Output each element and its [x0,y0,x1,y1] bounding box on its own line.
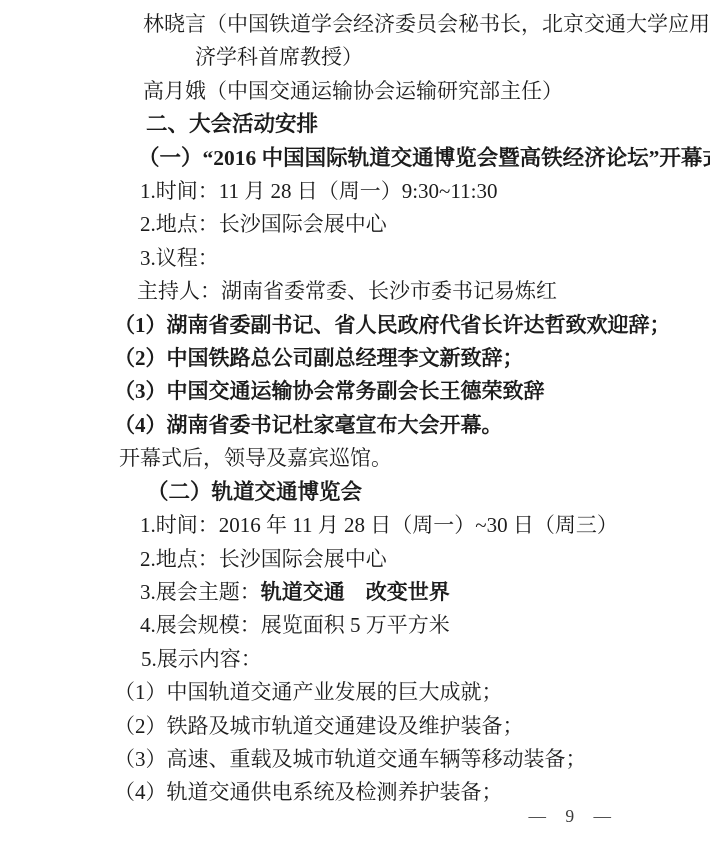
paragraph: （1）中国轨道交通产业发展的巨大成就； [114,676,710,709]
text-run: 5.展示内容： [141,647,262,671]
text-run: （3）中国交通运输协会常务副会长王德荣致辞 [114,379,545,403]
paragraph: （2）铁路及城市轨道交通建设及维护装备； [114,710,710,743]
paragraph: 济学科首席教授） [195,41,710,74]
text-run: （一）“2016 中国国际轨道交通博览会暨高铁经济论坛”开幕式 [138,146,710,170]
page-number: — 9 — [529,806,613,827]
text-run: （3）高速、重载及城市轨道交通车辆等移动装备； [114,747,587,771]
text-run: （2）铁路及城市轨道交通建设及维护装备； [114,714,524,738]
text-run: （2）中国铁路总公司副总经理李文新致辞； [114,346,524,370]
text-run: 主持人：湖南省委常委、长沙市委书记易炼红 [137,279,557,303]
text-run: 开幕式后，领导及嘉宾巡馆。 [119,446,392,470]
subsection-heading: （二）轨道交通博览会 [147,476,710,509]
paragraph: 开幕式后，领导及嘉宾巡馆。 [119,442,710,475]
paragraph: 1.时间：11 月 28 日（周一）9:30~11:30 [140,175,710,208]
text-run: 2.地点：长沙国际会展中心 [140,547,387,571]
paragraph: （3）中国交通运输协会常务副会长王德荣致辞 [114,375,710,408]
text-run: （4）湖南省委书记杜家毫宣布大会开幕。 [114,413,503,437]
paragraph: 3.议程： [140,242,710,275]
paragraph: （4）湖南省委书记杜家毫宣布大会开幕。 [114,409,710,442]
paragraph: 2.地点：长沙国际会展中心 [140,543,710,576]
document-body: 林晓言（中国铁道学会经济委员会秘书长，北京交通大学应用经济学科首席教授）高月娥（… [0,0,710,810]
text-run: 2.地点：长沙国际会展中心 [140,212,387,236]
paragraph: 林晓言（中国铁道学会经济委员会秘书长，北京交通大学应用经 [143,8,710,41]
text-run: （4）轨道交通供电系统及检测养护装备； [114,780,503,804]
text-run: 1.时间：2016 年 11 月 28 日（周一）~30 日（周三） [140,513,618,537]
paragraph: 主持人：湖南省委常委、长沙市委书记易炼红 [137,275,710,308]
text-run: （1）中国轨道交通产业发展的巨大成就； [114,680,503,704]
paragraph: （2）中国铁路总公司副总经理李文新致辞； [114,342,710,375]
text-run: 1.时间：11 月 28 日（周一）9:30~11:30 [140,179,497,203]
paragraph: 2.地点：长沙国际会展中心 [140,208,710,241]
text-run: 4.展会规模：展览面积 5 万平方米 [140,613,450,637]
paragraph: 高月娥（中国交通运输协会运输研究部主任） [143,75,710,108]
paragraph: 1.时间：2016 年 11 月 28 日（周一）~30 日（周三） [140,509,710,542]
paragraph: 4.展会规模：展览面积 5 万平方米 [140,609,710,642]
text-run: （二）轨道交通博览会 [147,480,362,504]
subsection-heading: （一）“2016 中国国际轨道交通博览会暨高铁经济论坛”开幕式 [138,142,710,175]
text-run: 二、大会活动安排 [146,112,318,136]
paragraph: 5.展示内容： [141,643,710,676]
text-run: 高月娥（中国交通运输协会运输研究部主任） [143,79,563,103]
text-run: 林晓言（中国铁道学会经济委员会秘书长，北京交通大学应用经 [143,12,710,36]
text-run: 轨道交通 改变世界 [261,580,450,604]
text-run: 济学科首席教授） [195,45,363,69]
paragraph: （4）轨道交通供电系统及检测养护装备； [114,776,710,809]
text-run: （1）湖南省委副书记、省人民政府代省长许达哲致欢迎辞； [114,313,671,337]
text-run: 3.议程： [140,246,219,270]
document-page: 林晓言（中国铁道学会经济委员会秘书长，北京交通大学应用经济学科首席教授）高月娥（… [0,0,710,846]
text-run: 3.展会主题： [140,580,261,604]
paragraph: （1）湖南省委副书记、省人民政府代省长许达哲致欢迎辞； [114,309,710,342]
paragraph: 3.展会主题：轨道交通 改变世界 [140,576,710,609]
section-heading: 二、大会活动安排 [146,108,710,141]
paragraph: （3）高速、重载及城市轨道交通车辆等移动装备； [114,743,710,776]
